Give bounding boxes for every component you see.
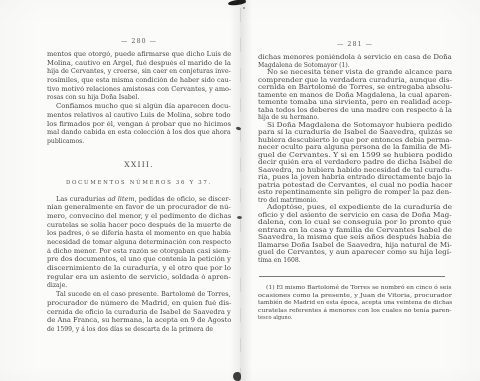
paragraph: Si Doña Magdalena de Sotomayor hubiera p…	[258, 122, 452, 205]
text-line: ría, pues la joven habría entrado direct…	[258, 174, 452, 182]
text-line: rosímiles, que esta misma condición de h…	[47, 77, 231, 86]
text-line: rosas con su hija Doña Isabel.	[47, 94, 231, 103]
text-line: No se necesita tener vista de grande alc…	[258, 69, 452, 77]
text-line: (1) El mismo Bartolomé de Torres se nomb…	[258, 285, 452, 293]
text-line: tro del matrimonio.	[258, 197, 452, 205]
page-number-left: — 280 —	[47, 37, 231, 45]
text-line: publicamos.	[47, 138, 231, 147]
paragraph: dichas menores poniéndola á servicio en …	[258, 54, 452, 69]
text-line: curatelas se solía hacer poco después de…	[47, 222, 231, 231]
page-number-right: — 281 —	[258, 40, 452, 48]
text-line: tamente en manos de Doña Magdalena, la c…	[258, 92, 452, 100]
text-line: los padres, ó se difería hasta el moment…	[47, 230, 231, 239]
text-line: también de Madrid en esta época, acepta …	[258, 300, 452, 308]
page-fold-line	[240, 8, 241, 374]
text-line: patria potestad de Cervantes, el cual no…	[258, 182, 452, 190]
text-line: de 1599, y á los dos días se descarta de…	[47, 326, 231, 335]
text-line: ocasiones como la presente, y Juan de Vi…	[258, 293, 452, 301]
text-line: dizaje.	[47, 282, 231, 291]
text-line: á dicho menor. Por esta razón se otorgab…	[47, 248, 231, 257]
right-page-body: dichas menores poniéndola á servicio en …	[258, 54, 452, 264]
text-line: Las curadurías ad litem, pedidas de ofic…	[47, 196, 231, 205]
text-line: tivo motivó relaciones amistosas con Cer…	[47, 86, 231, 95]
text-line: mentos relativos al cautivo Luis de Moli…	[47, 112, 231, 121]
text-line: Molina, cautivo en Argel, fué después el…	[47, 60, 231, 69]
paragraph: (1) El mismo Bartolomé de Torres se nomb…	[258, 285, 452, 323]
left-page: — 280 — mentos que otorgó, puede afirmar…	[47, 37, 231, 335]
scan-speck	[233, 372, 241, 381]
text-line: temente tomaba una sirvienta, pero en re…	[258, 99, 452, 107]
section-heading: XXIII.	[47, 160, 231, 169]
text-line: tima en 1608.	[258, 257, 452, 265]
paragraph: Adoptóse, pues, el expediente de la cura…	[258, 204, 452, 264]
text-line: Adoptóse, pues, el expediente de la cura…	[258, 204, 452, 212]
scan-speck	[243, 7, 245, 9]
book-spread: — 280 — mentos que otorgó, puede afirmar…	[0, 0, 480, 381]
text-line: mero, convecino del menor, y el pediment…	[47, 213, 231, 222]
text-line: taba todos los deberes de una madre con …	[258, 107, 452, 115]
text-line: oficio y del asiento de servicio en casa…	[258, 212, 452, 220]
text-line: comprender que la verdadera curaduría, a…	[258, 77, 452, 85]
text-line: Saavedra, no hubiera habido necesidad de…	[258, 167, 452, 175]
right-page: — 281 — dichas menores poniéndola á serv…	[258, 40, 452, 323]
left-page-body-top: mentos que otorgó, puede afirmarse que d…	[47, 51, 231, 147]
text-line: los firmados por él, vengan á probar que…	[47, 121, 231, 130]
paragraph: mentos que otorgó, puede afirmarse que d…	[47, 51, 231, 103]
text-line: cernida de oficio la curaduría de Isabel…	[47, 309, 231, 318]
footnote-separator	[259, 276, 445, 277]
text-line: Magdalena de Sotomayor (1).	[258, 62, 452, 70]
text-line: procurador de número de Madrid, en quien…	[47, 300, 231, 309]
paragraph: Las curadurías ad litem, pedidas de ofic…	[47, 196, 231, 292]
left-page-body-bottom: Las curadurías ad litem, pedidas de ofic…	[47, 196, 231, 335]
text-line: necesidad de tomar alguna determinación …	[47, 239, 231, 248]
section-subheading: DOCUMENTOS NÚMEROS 36 Y 37.	[47, 180, 231, 187]
page-gutter-shadow	[230, 0, 252, 381]
text-line: cernida en Bartolomé de Torres, se entre…	[258, 84, 452, 92]
text-line: esto repentinamente sin peligro de rompe…	[258, 189, 452, 197]
paragraph: Tal sucede en el caso presente. Bartolom…	[47, 291, 231, 334]
text-line: guel de Cervantes, y aun aparecer como s…	[258, 249, 452, 257]
text-line: para sí la curaduría de Isabel de Saaved…	[258, 129, 452, 137]
text-line: hija de su hermano.	[258, 114, 452, 122]
text-line: entrara en la casa y familia de Cervante…	[258, 227, 452, 235]
text-line: Si Doña Magdalena de Sotomayor hubiera p…	[258, 122, 452, 130]
text-line: hija de Cervantes, y creerse, sin caer e…	[47, 68, 231, 77]
text-line: mentos que otorgó, puede afirmarse que d…	[47, 51, 231, 60]
text-line: de Ana Franca, su hermana, la acepta en …	[47, 317, 231, 326]
text-line: guel de Cervantes. Y si en 1599 se hubie…	[258, 152, 452, 160]
text-line: llamarse Doña Isabel de Saavedra, hija n…	[258, 242, 452, 250]
text-line: curatelas referentes á menores con los c…	[258, 308, 452, 316]
text-line: hubiera descubierto lo que por entonces …	[258, 137, 452, 145]
text-line: mal dando cabida en esta colección á los…	[47, 129, 231, 138]
text-line: nían generalmente en favor de un procura…	[47, 204, 231, 213]
text-line: discernimiento de la curaduría, y el otr…	[47, 265, 231, 274]
paragraph: Confiamos mucho que si algún día aparece…	[47, 103, 231, 146]
text-line: dichas menores poniéndola á servicio en …	[258, 54, 452, 62]
text-line: pre dos documentos, el uno que contenía …	[47, 256, 231, 265]
text-line: regular era un asiento de servicio, sold…	[47, 274, 231, 283]
paragraph: No se necesita tener vista de grande alc…	[258, 69, 452, 122]
text-line: decir quién era el verdadero padre de di…	[258, 159, 452, 167]
scan-speck	[237, 216, 242, 219]
text-line: Tal sucede en el caso presente. Bartolom…	[47, 291, 231, 300]
text-line: necer oculto para alguna persona de la f…	[258, 144, 452, 152]
text-line: dalena, con lo cual se conseguía por lo …	[258, 219, 452, 227]
footnote: (1) El mismo Bartolomé de Torres se nomb…	[258, 285, 452, 323]
text-line: tesco alguno.	[258, 315, 452, 323]
text-line: Confiamos mucho que si algún día aparece…	[47, 103, 231, 112]
text-line: Saavedra, la misma que seis años después…	[258, 234, 452, 242]
